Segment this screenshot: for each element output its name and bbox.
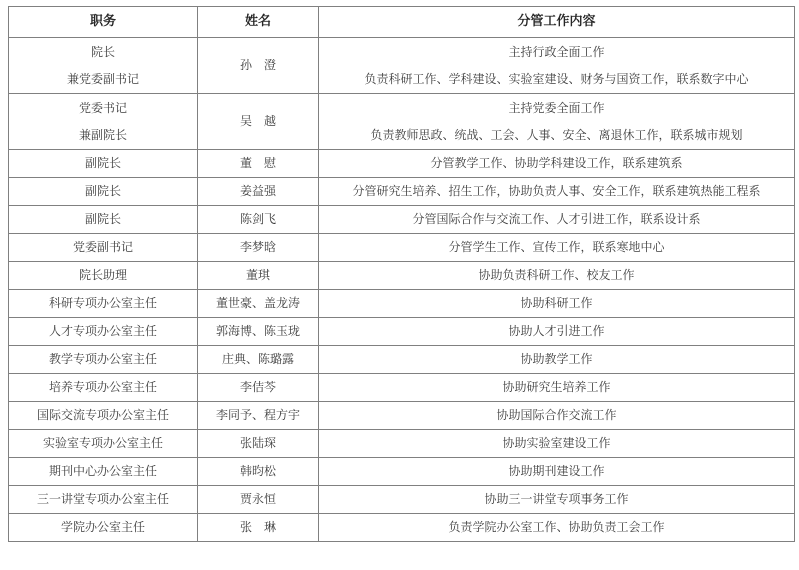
table-header-row: 职务 姓名 分管工作内容 <box>9 7 795 38</box>
name-cell: 吴 越 <box>198 94 319 150</box>
header-position: 职务 <box>9 7 198 38</box>
header-name: 姓名 <box>198 7 319 38</box>
position-cell: 副院长 <box>9 206 198 234</box>
name-cell: 姜益强 <box>198 178 319 206</box>
position-cell: 国际交流专项办公室主任 <box>9 402 198 430</box>
duty-cell: 协助负责科研工作、校友工作 <box>319 262 795 290</box>
name-cell: 韩昀松 <box>198 458 319 486</box>
position-cell: 三一讲堂专项办公室主任 <box>9 486 198 514</box>
table-row: 人才专项办公室主任 郭海博、陈玉珑 协助人才引进工作 <box>9 318 795 346</box>
duty-cell: 分管学生工作、宣传工作，联系寒地中心 <box>319 234 795 262</box>
table-row: 学院办公室主任 张 琳 负责学院办公室工作、协助负责工会工作 <box>9 514 795 542</box>
duty-cell: 协助三一讲堂专项事务工作 <box>319 486 795 514</box>
table-row: 期刊中心办公室主任 韩昀松 协助期刊建设工作 <box>9 458 795 486</box>
name-cell: 庄典、陈璐露 <box>198 346 319 374</box>
name-cell: 贾永恒 <box>198 486 319 514</box>
position-cell: 党委书记 兼副院长 <box>9 94 198 150</box>
name-cell: 董世豪、盖龙涛 <box>198 290 319 318</box>
position-cell: 副院长 <box>9 178 198 206</box>
name-cell: 陈剑飞 <box>198 206 319 234</box>
name-cell: 张陆琛 <box>198 430 319 458</box>
duty-cell: 协助国际合作交流工作 <box>319 402 795 430</box>
name-cell: 董琪 <box>198 262 319 290</box>
name-cell: 孙 澄 <box>198 38 319 94</box>
staff-duty-table: 职务 姓名 分管工作内容 院长 兼党委副书记 孙 澄 主持行政全面工作 负责科研… <box>8 6 795 542</box>
name-cell: 李佶芩 <box>198 374 319 402</box>
table-row: 国际交流专项办公室主任 李同予、程方宇 协助国际合作交流工作 <box>9 402 795 430</box>
page: 职务 姓名 分管工作内容 院长 兼党委副书记 孙 澄 主持行政全面工作 负责科研… <box>0 0 799 570</box>
duty-cell: 主持行政全面工作 负责科研工作、学科建设、实验室建设、财务与国资工作，联系数字中… <box>319 38 795 94</box>
position-cell: 期刊中心办公室主任 <box>9 458 198 486</box>
position-cell: 院长 兼党委副书记 <box>9 38 198 94</box>
table-row: 教学专项办公室主任 庄典、陈璐露 协助教学工作 <box>9 346 795 374</box>
table-row: 三一讲堂专项办公室主任 贾永恒 协助三一讲堂专项事务工作 <box>9 486 795 514</box>
duty-cell: 协助研究生培养工作 <box>319 374 795 402</box>
name-cell: 董 慰 <box>198 150 319 178</box>
position-cell: 科研专项办公室主任 <box>9 290 198 318</box>
name-cell: 郭海博、陈玉珑 <box>198 318 319 346</box>
duty-cell: 协助教学工作 <box>319 346 795 374</box>
table-row: 院长 兼党委副书记 孙 澄 主持行政全面工作 负责科研工作、学科建设、实验室建设… <box>9 38 795 94</box>
position-cell: 培养专项办公室主任 <box>9 374 198 402</box>
position-cell: 学院办公室主任 <box>9 514 198 542</box>
position-cell: 人才专项办公室主任 <box>9 318 198 346</box>
table-row: 实验室专项办公室主任 张陆琛 协助实验室建设工作 <box>9 430 795 458</box>
duty-cell: 协助期刊建设工作 <box>319 458 795 486</box>
duty-cell: 分管教学工作、协助学科建设工作，联系建筑系 <box>319 150 795 178</box>
table-row: 科研专项办公室主任 董世豪、盖龙涛 协助科研工作 <box>9 290 795 318</box>
name-cell: 李同予、程方宇 <box>198 402 319 430</box>
duty-cell: 协助科研工作 <box>319 290 795 318</box>
position-cell: 教学专项办公室主任 <box>9 346 198 374</box>
position-cell: 院长助理 <box>9 262 198 290</box>
position-cell: 党委副书记 <box>9 234 198 262</box>
table-row: 副院长 董 慰 分管教学工作、协助学科建设工作，联系建筑系 <box>9 150 795 178</box>
table-row: 院长助理 董琪 协助负责科研工作、校友工作 <box>9 262 795 290</box>
name-cell: 张 琳 <box>198 514 319 542</box>
table-row: 副院长 陈剑飞 分管国际合作与交流工作、人才引进工作，联系设计系 <box>9 206 795 234</box>
name-cell: 李梦晗 <box>198 234 319 262</box>
position-cell: 副院长 <box>9 150 198 178</box>
header-duty: 分管工作内容 <box>319 7 795 38</box>
table-row: 党委副书记 李梦晗 分管学生工作、宣传工作，联系寒地中心 <box>9 234 795 262</box>
duty-cell: 主持党委全面工作 负责教师思政、统战、工会、人事、安全、离退休工作，联系城市规划 <box>319 94 795 150</box>
duty-cell: 分管国际合作与交流工作、人才引进工作，联系设计系 <box>319 206 795 234</box>
position-cell: 实验室专项办公室主任 <box>9 430 198 458</box>
duty-cell: 协助实验室建设工作 <box>319 430 795 458</box>
duty-cell: 分管研究生培养、招生工作，协助负责人事、安全工作，联系建筑热能工程系 <box>319 178 795 206</box>
table-row: 副院长 姜益强 分管研究生培养、招生工作，协助负责人事、安全工作，联系建筑热能工… <box>9 178 795 206</box>
duty-cell: 负责学院办公室工作、协助负责工会工作 <box>319 514 795 542</box>
duty-cell: 协助人才引进工作 <box>319 318 795 346</box>
table-row: 党委书记 兼副院长 吴 越 主持党委全面工作 负责教师思政、统战、工会、人事、安… <box>9 94 795 150</box>
table-row: 培养专项办公室主任 李佶芩 协助研究生培养工作 <box>9 374 795 402</box>
